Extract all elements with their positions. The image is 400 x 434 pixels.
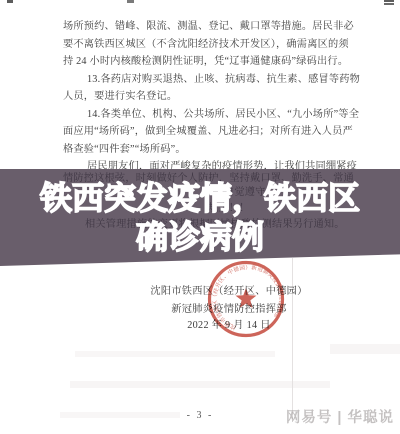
seal-star-icon bbox=[236, 288, 257, 308]
headline-line-1: 铁西突发疫情，铁西区 bbox=[0, 181, 400, 215]
document-text-line: 持 24 小时内核酸检测阴性证明，凭“辽事通健康码”绿码出行。 bbox=[63, 55, 348, 68]
scan-artifact bbox=[7, 0, 13, 3]
watermark-text: 网易号 | 华聪说 bbox=[286, 406, 394, 427]
scan-artifact bbox=[384, 0, 394, 2]
document-page: 场所预约、错峰、限流、测温、登记、戴口罩等措施。居民非必 要不离铁西区城区（不含… bbox=[0, 0, 400, 434]
scan-streak bbox=[330, 344, 400, 354]
headline-line-2: 确诊病例 bbox=[0, 220, 400, 254]
scan-streak bbox=[70, 381, 330, 388]
document-text-line: 面应用“场所码”，做到全城覆盖、凡进必扫；对所有进入人员严 bbox=[63, 125, 353, 138]
document-text-line: 人员，要进行实名登记。 bbox=[63, 90, 177, 103]
scan-streak bbox=[75, 351, 275, 357]
document-text-line: 14.各类单位、机构、公共场所、居民小区、“九小场所”等全 bbox=[87, 108, 359, 121]
document-text-line: 13.各药店对购买退热、止咳、抗病毒、抗生素、感冒等药物 bbox=[87, 73, 360, 86]
scan-artifact bbox=[127, 0, 134, 3]
document-text-line: 格查验“四件套”“场所码”。 bbox=[63, 143, 186, 156]
headline-overlay: 情防控这根弦，时刻做好个人防护，坚持戴口罩、勤洗手、常通 自觉遵守 规定！！ 相… bbox=[0, 169, 400, 266]
document-text-line: 场所预约、错峰、限流、测温、登记、戴口罩等措施。居民非必 bbox=[63, 20, 354, 33]
page-number: - 3 - bbox=[150, 410, 250, 421]
official-seal: 沈阳市铁西区（经开区、中德园）新冠肺炎疫情防控指挥部 bbox=[206, 259, 286, 339]
document-text-line: 要不离铁西区城区（不含沈阳经济技术开发区），确需离区的须 bbox=[63, 38, 349, 51]
